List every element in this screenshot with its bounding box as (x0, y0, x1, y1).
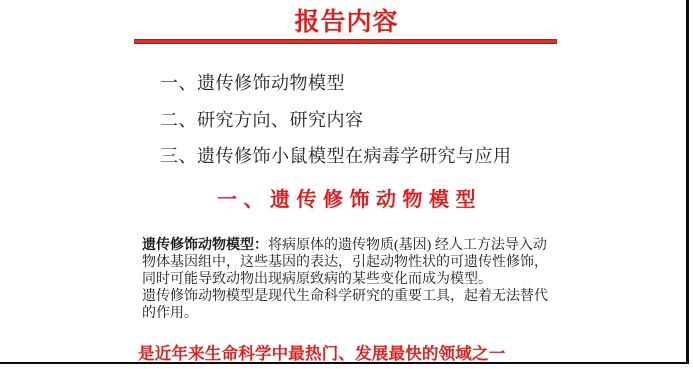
slide-title: 报告内容 (0, 2, 693, 38)
paragraph-line-1-text: 将病原体的遗传物质(基因) 经人工方法导入动 (268, 238, 547, 253)
footer-highlight-text: 是近年来生命科学中最热门、发展最快的领域之一 (138, 340, 505, 364)
toc-item-1: 一、遗传修饰动物模型 (160, 74, 512, 111)
section-heading: 一、遗传修饰动物模型 (217, 183, 482, 212)
toc-item-2: 二、研究方向、研究内容 (160, 111, 512, 148)
paragraph-line-1: 遗传修饰动物模型：将病原体的遗传物质(基因) 经人工方法导入动 (142, 237, 572, 254)
paragraph-line-2: 物体基因组中，这些基因的表达，引起动物性状的可遗传性修饰， (142, 254, 572, 271)
toc-list: 一、遗传修饰动物模型 二、研究方向、研究内容 三、遗传修饰小鼠模型在病毒学研究与… (160, 74, 512, 184)
paragraph-line-3: 同时可能导致动物出现病原致病的某些变化而成为模型。 (142, 271, 572, 288)
paragraph-lead-term: 遗传修饰动物模型： (142, 238, 268, 253)
paragraph-line-4: 遗传修饰动物模型是现代生命科学研究的重要工具，起着无法替代 (142, 288, 572, 305)
right-divider-rule (686, 0, 689, 364)
body-paragraph: 遗传修饰动物模型：将病原体的遗传物质(基因) 经人工方法导入动 物体基因组中，这… (142, 237, 572, 322)
toc-item-3: 三、遗传修饰小鼠模型在病毒学研究与应用 (160, 147, 512, 184)
paragraph-line-5: 的作用。 (142, 305, 572, 322)
presentation-slide: 报告内容 一、遗传修饰动物模型 二、研究方向、研究内容 三、遗传修饰小鼠模型在病… (0, 0, 693, 369)
bottom-divider-rule (0, 362, 688, 365)
title-underline-rule (134, 39, 557, 44)
